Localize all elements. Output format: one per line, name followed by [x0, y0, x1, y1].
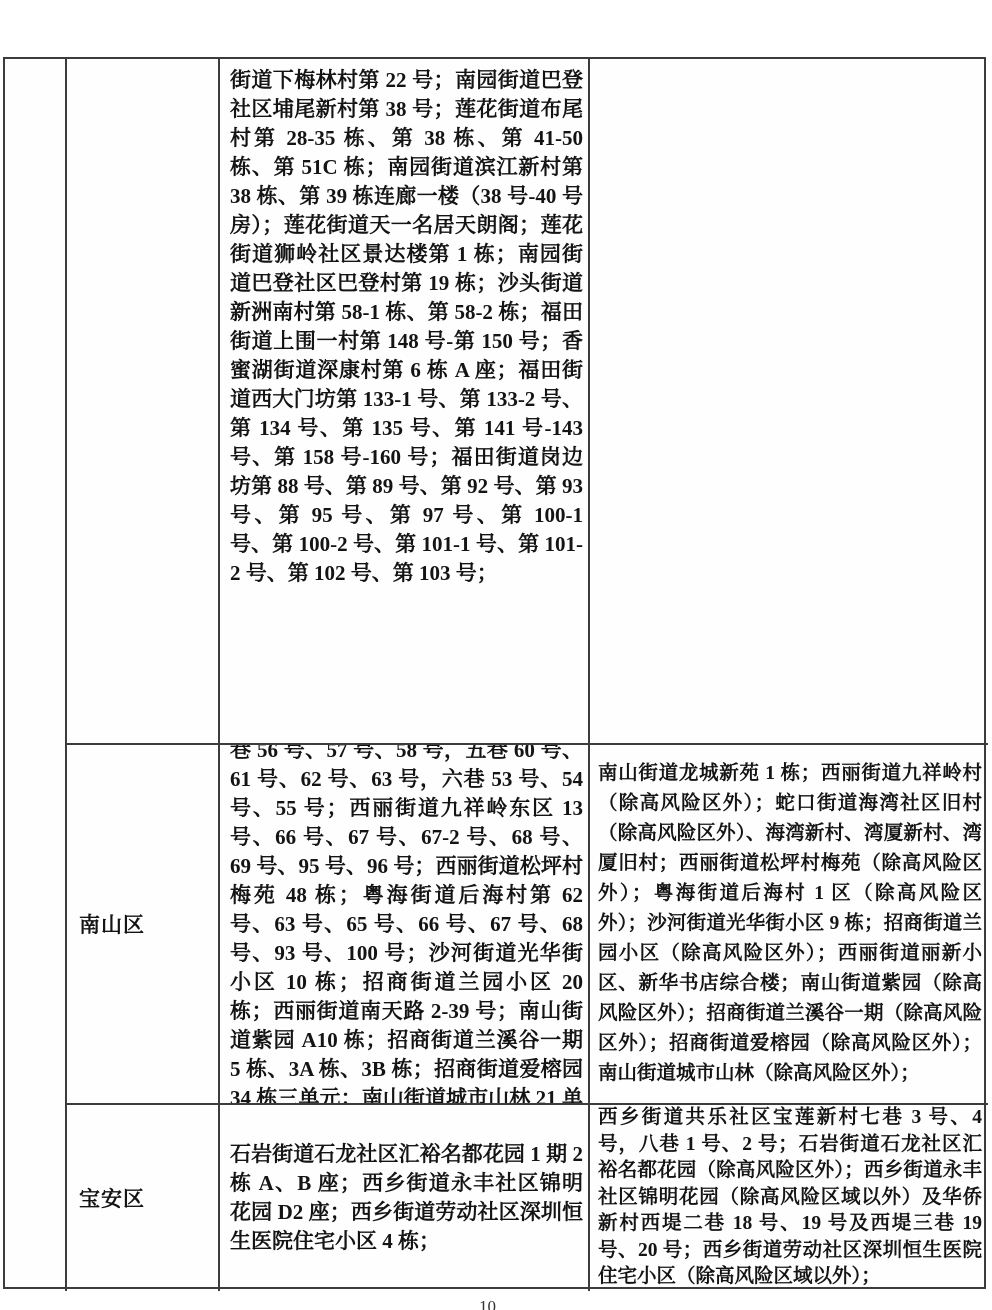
district-cell-nanshan: 南山区	[67, 745, 220, 1105]
district-label: 南山区	[79, 909, 145, 939]
district-label: 宝安区	[79, 1183, 145, 1213]
address-text: 南山街道龙城新苑 1 栋；西丽街道九祥岭村（除高风险区外）；蛇口街道海湾社区旧村…	[598, 759, 982, 1089]
address-cell-mid-row1: 街道下梅林村第 22 号；南园街道巴登社区埔尾新村第 38 号；莲花街道布尾村第…	[220, 59, 590, 745]
address-text: 西乡街道共乐社区宝莲新村七巷 3 号、4 号，八巷 1 号、2 号；石岩街道石龙…	[598, 1105, 982, 1291]
district-cell-baoan: 宝安区	[67, 1105, 220, 1291]
address-text: 街道下梅林村第 22 号；南园街道巴登社区埔尾新村第 38 号；莲花街道布尾村第…	[230, 68, 583, 585]
risk-area-table: 街道下梅林村第 22 号；南园街道巴登社区埔尾新村第 38 号；莲花街道布尾村第…	[3, 57, 986, 1289]
district-cell-row1	[67, 59, 220, 745]
address-text: 石岩街道石龙社区汇裕名都花园 1 期 2 栋 A、B 座；西乡街道永丰社区锦明花…	[230, 1140, 583, 1256]
page-number: 10	[479, 1297, 496, 1310]
address-cell-mid-nanshan: 蛇口街道海湾社区旧村三巷 67 号、四巷 56 号、57 号、58 号，五巷 6…	[220, 745, 590, 1105]
address-cell-low-row1	[590, 59, 988, 745]
address-cell-low-nanshan: 南山街道龙城新苑 1 栋；西丽街道九祥岭村（除高风险区外）；蛇口街道海湾社区旧村…	[590, 745, 988, 1105]
address-cell-mid-baoan: 石岩街道石龙社区汇裕名都花园 1 期 2 栋 A、B 座；西乡街道永丰社区锦明花…	[220, 1105, 590, 1291]
address-cell-low-baoan: 西乡街道共乐社区宝莲新村七巷 3 号、4 号，八巷 1 号、2 号；石岩街道石龙…	[590, 1105, 988, 1291]
address-text: 蛇口街道海湾社区旧村三巷 67 号、四巷 56 号、57 号、58 号，五巷 6…	[230, 745, 583, 1105]
left-spacer-column	[5, 59, 67, 1291]
